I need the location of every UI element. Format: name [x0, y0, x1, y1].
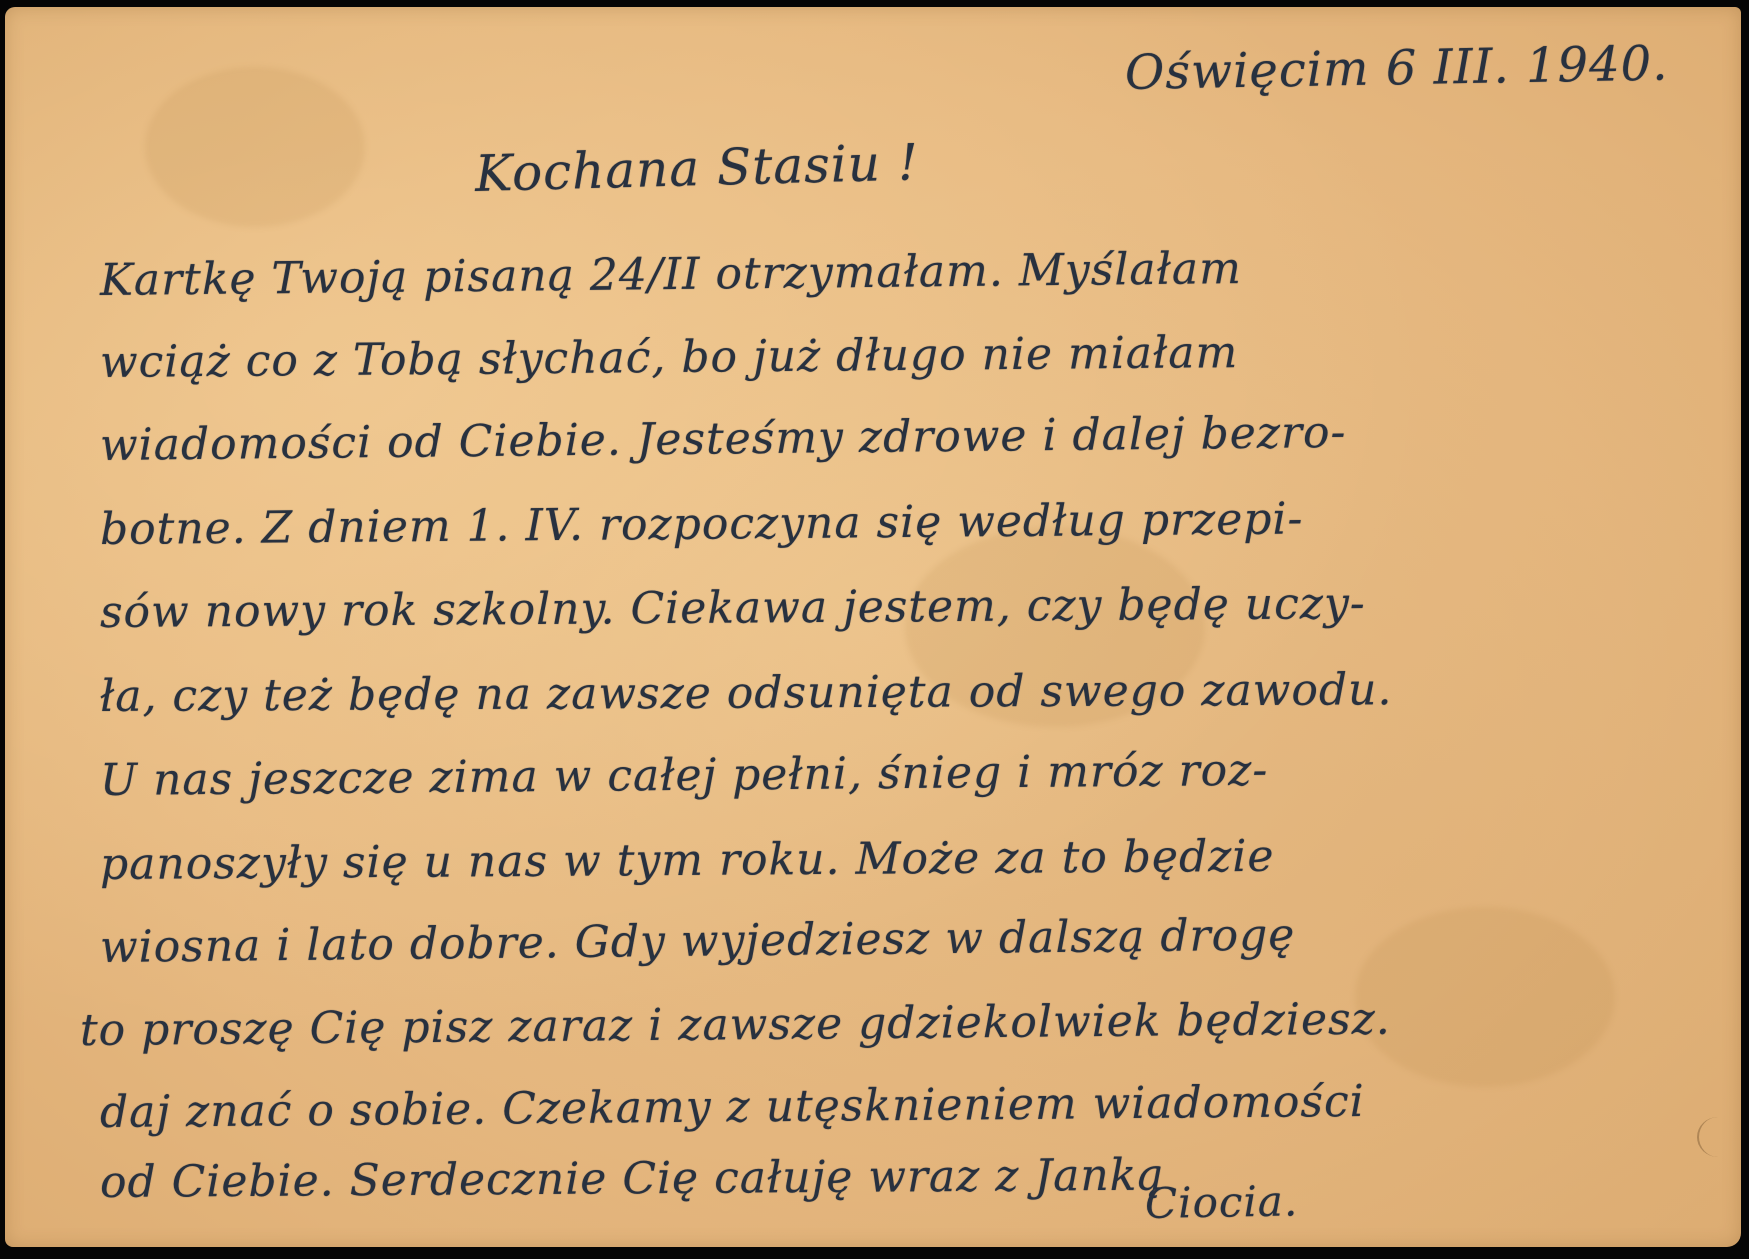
- dateline: Oświęcim 6 III. 1940.: [1125, 36, 1669, 101]
- body-line: daj znać o sobie. Czekamy z utęsknieniem…: [100, 1076, 1365, 1138]
- signature: Ciocia.: [1145, 1176, 1299, 1228]
- body-line: wiadomości od Ciebie. Jesteśmy zdrowe i …: [100, 407, 1347, 471]
- greeting: Kochana Stasiu !: [474, 133, 919, 203]
- body-line: ła, czy też będę na zawsze odsunięta od …: [100, 664, 1393, 722]
- body-line: U nas jeszcze zima w całej pełni, śnieg …: [100, 745, 1269, 806]
- body-line: wciąż co z Tobą słychać, bo już długo ni…: [100, 327, 1239, 388]
- body-line: botne. Z dniem 1. IV. rozpoczyna się wed…: [100, 493, 1304, 554]
- body-line: Kartkę Twoją pisaną 24/II otrzymałam. My…: [100, 243, 1242, 306]
- body-line: od Ciebie. Serdecznie Cię całuję wraz z …: [100, 1150, 1165, 1208]
- body-line: panoszyły się u nas w tym roku. Może za …: [100, 831, 1275, 890]
- postcard: Oświęcim 6 III. 1940. Kochana Stasiu ! K…: [5, 7, 1741, 1247]
- body-line: sów nowy rok szkolny. Ciekawa jestem, cz…: [100, 578, 1366, 638]
- postcard-scan: Oświęcim 6 III. 1940. Kochana Stasiu ! K…: [0, 0, 1749, 1259]
- edge-wear: [1697, 1117, 1739, 1157]
- body-line: to proszę Cię pisz zaraz i zawsze gdziek…: [80, 994, 1391, 1056]
- body-line: wiosna i lato dobre. Gdy wyjedziesz w da…: [100, 909, 1296, 973]
- paper-stain: [1355, 907, 1615, 1087]
- paper-stain: [145, 67, 365, 227]
